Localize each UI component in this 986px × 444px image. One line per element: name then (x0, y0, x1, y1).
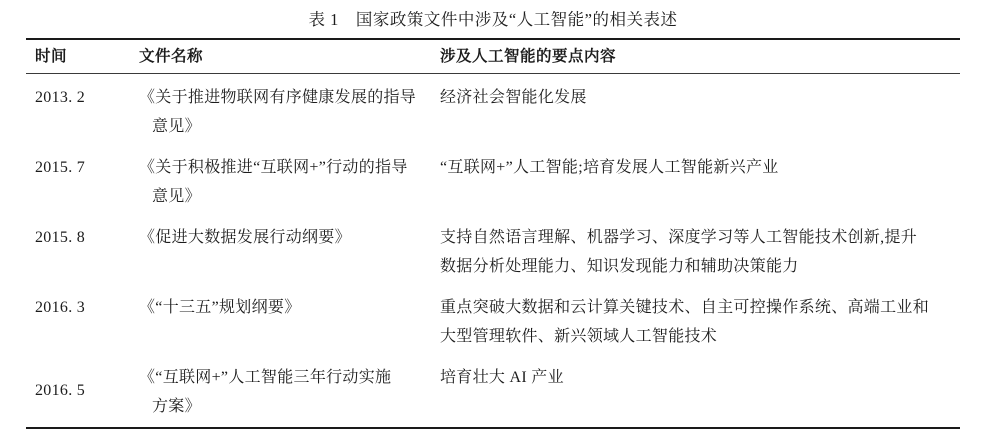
cell-key-content: 支持自然语言理解、机器学习、深度学习等人工智能技术创新,提升 数据分析处理能力、… (440, 223, 960, 281)
cell-time: 2016. 3 (35, 293, 139, 351)
cell-document-name: 《促进大数据发展行动纲要》 (139, 223, 440, 281)
table-row: 2015. 7 《关于积极推进“互联网+”行动的指导 意见》 “互联网+”人工智… (35, 153, 960, 211)
cell-document-name: 《关于积极推进“互联网+”行动的指导 意见》 (139, 153, 440, 211)
cell-key-content: “互联网+”人工智能;培育发展人工智能新兴产业 (440, 153, 960, 211)
col-header-document: 文件名称 (139, 46, 440, 67)
cell-key-content: 培育壮大 AI 产业 (440, 363, 960, 421)
table-row: 2013. 2 《关于推进物联网有序健康发展的指导 意见》 经济社会智能化发展 (35, 83, 960, 141)
cell-key-content: 经济社会智能化发展 (440, 83, 960, 141)
cell-document-name: 《关于推进物联网有序健康发展的指导 意见》 (139, 83, 440, 141)
col-header-time: 时间 (35, 46, 139, 67)
cell-document-name: 《“十三五”规划纲要》 (139, 293, 440, 351)
table-row: 2015. 8 《促进大数据发展行动纲要》 支持自然语言理解、机器学习、深度学习… (35, 223, 960, 281)
cell-time: 2013. 2 (35, 83, 139, 141)
table-body: 2013. 2 《关于推进物联网有序健康发展的指导 意见》 经济社会智能化发展 … (26, 74, 960, 429)
policy-table: 时间 文件名称 涉及人工智能的要点内容 2013. 2 《关于推进物联网有序健康… (26, 38, 960, 429)
table-header-row: 时间 文件名称 涉及人工智能的要点内容 (26, 38, 960, 74)
table-row: 2016. 5 《“互联网+”人工智能三年行动实施 方案》 培育壮大 AI 产业 (35, 363, 960, 421)
cell-key-content: 重点突破大数据和云计算关键技术、自主可控操作系统、高端工业和 大型管理软件、新兴… (440, 293, 960, 351)
cell-time: 2016. 5 (35, 363, 139, 421)
table-row: 2016. 3 《“十三五”规划纲要》 重点突破大数据和云计算关键技术、自主可控… (35, 293, 960, 351)
table-caption: 表 1 国家政策文件中涉及“人工智能”的相关表述 (0, 9, 986, 31)
cell-time: 2015. 7 (35, 153, 139, 211)
col-header-content: 涉及人工智能的要点内容 (440, 46, 960, 67)
paper-table-figure: 表 1 国家政策文件中涉及“人工智能”的相关表述 时间 文件名称 涉及人工智能的… (0, 0, 986, 444)
cell-document-name: 《“互联网+”人工智能三年行动实施 方案》 (139, 363, 440, 421)
cell-time: 2015. 8 (35, 223, 139, 281)
